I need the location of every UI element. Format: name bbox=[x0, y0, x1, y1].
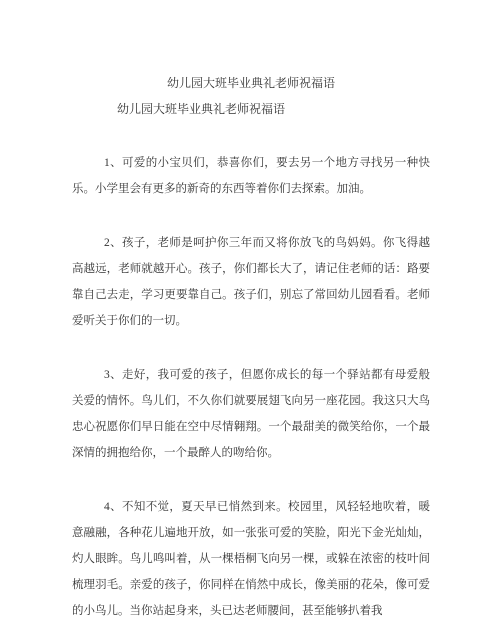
document-title: 幼儿园大班毕业典礼老师祝福语 bbox=[72, 70, 430, 96]
paragraph-4: 4、不知不觉，夏天早已悄然到来。校园里，风轻轻地吹着，暖意融融，各种花儿遍地开放… bbox=[72, 494, 430, 624]
paragraph-2: 2、孩子，老师是呵护你三年而又将你放飞的鸟妈妈。你飞得越高越远，老师就越开心。孩… bbox=[72, 230, 430, 334]
document-content: 幼儿园大班毕业典礼老师祝福语 幼儿园大班毕业典礼老师祝福语 1、可爱的小宝贝们，… bbox=[72, 0, 430, 624]
paragraph-3: 3、走好，我可爱的孩子，但愿你成长的每一个驿站都有母爱般关爱的情怀。鸟儿们，不久… bbox=[72, 362, 430, 466]
document-page: 幼儿园大班毕业典礼老师祝福语 幼儿园大班毕业典礼老师祝福语 1、可爱的小宝贝们，… bbox=[0, 0, 500, 636]
paragraph-1: 1、可爱的小宝贝们，恭喜你们，要去另一个地方寻找另一种快乐。小学里会有更多的新奇… bbox=[72, 150, 430, 202]
document-subtitle: 幼儿园大班毕业典礼老师祝福语 bbox=[117, 96, 430, 122]
